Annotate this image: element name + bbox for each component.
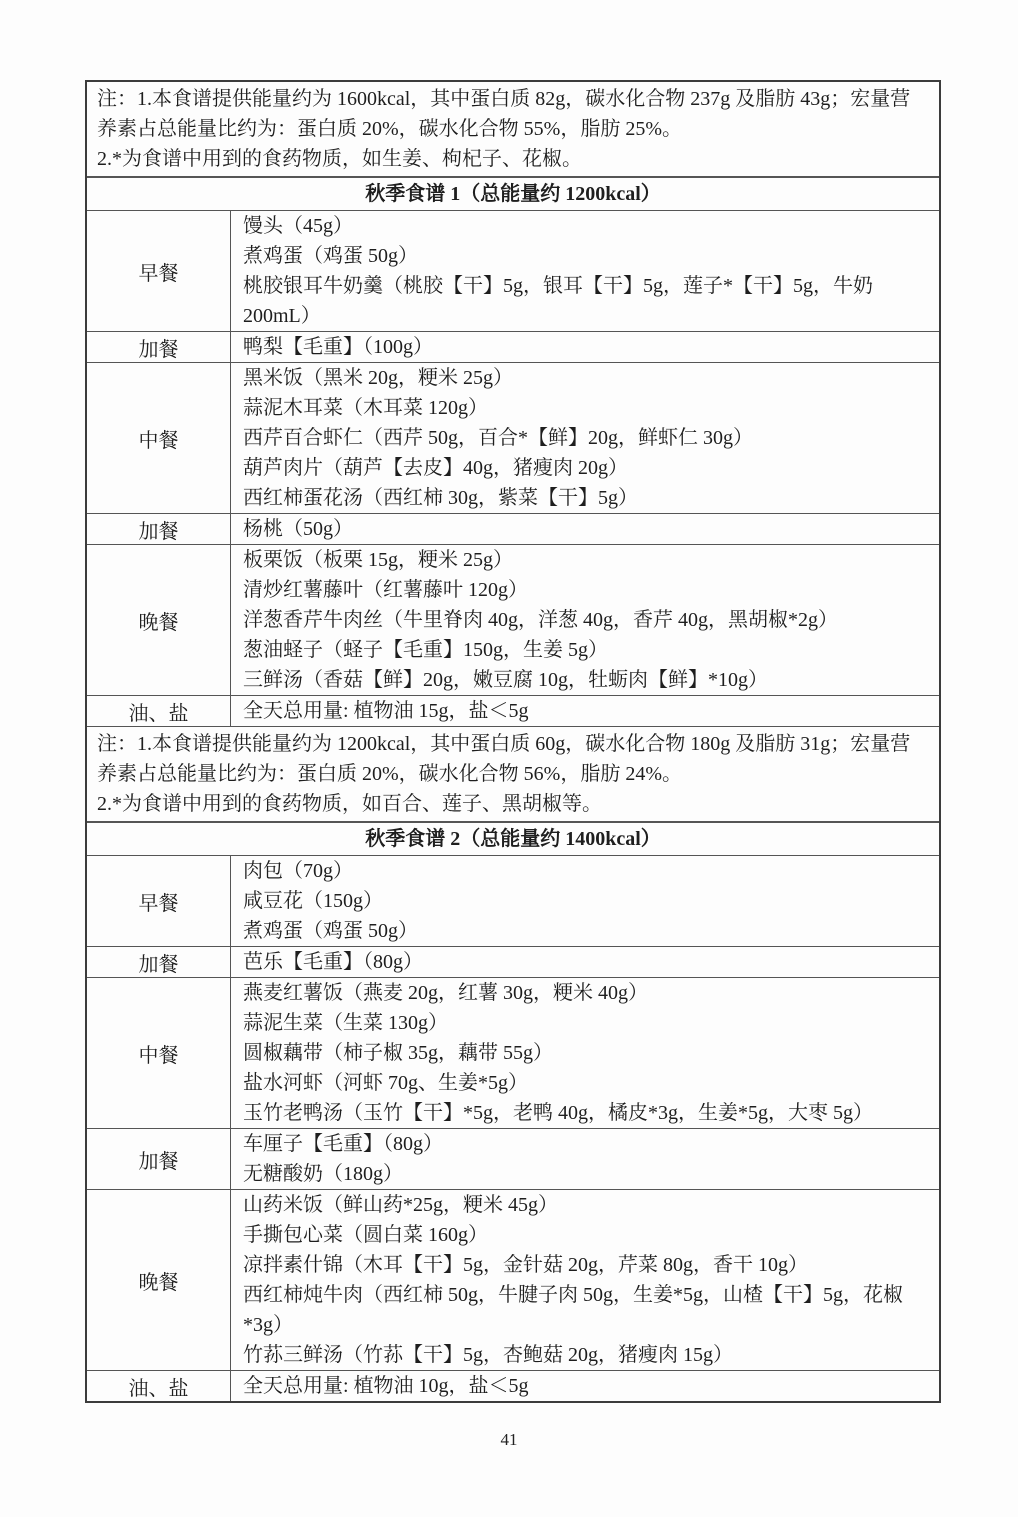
meal-item: 手撕包心菜（圆白菜 160g） bbox=[243, 1220, 927, 1250]
meal-label-dinner: 晚餐 bbox=[87, 545, 231, 695]
meal-label-lunch: 中餐 bbox=[87, 363, 231, 513]
menu2-snack2-row: 加餐 车厘子【毛重】（80g） 无糖酸奶（180g） bbox=[87, 1129, 939, 1190]
menu1-snack2-row: 加餐 杨桃（50g） bbox=[87, 514, 939, 545]
meal-label-snack: 加餐 bbox=[87, 332, 231, 362]
menu1-title: 秋季食谱 1（总能量约 1200kcal） bbox=[365, 183, 661, 205]
meal-item: 玉竹老鸭汤（玉竹【干】*5g，老鸭 40g，橘皮*3g，生姜*5g，大枣 5g） bbox=[243, 1098, 927, 1128]
meal-item: 黑米饭（黑米 20g，粳米 25g） bbox=[243, 363, 927, 393]
meal-item: 三鲜汤（香菇【鲜】20g，嫩豆腐 10g，牡蛎肉【鲜】*10g） bbox=[243, 665, 927, 695]
meal-item: 西芹百合虾仁（西芹 50g，百合*【鲜】20g，鲜虾仁 30g） bbox=[243, 423, 927, 453]
meal-items-dinner: 山药米饭（鲜山药*25g，粳米 45g） 手撕包心菜（圆白菜 160g） 凉拌素… bbox=[231, 1190, 939, 1370]
menu2-breakfast-row: 早餐 肉包（70g） 咸豆花（150g） 煮鸡蛋（鸡蛋 50g） bbox=[87, 856, 939, 947]
meal-item: 洋葱香芹牛肉丝（牛里脊肉 40g，洋葱 40g，香芹 40g，黑胡椒*2g） bbox=[243, 605, 927, 635]
meal-items-dinner: 板栗饭（板栗 15g，粳米 25g） 清炒红薯藤叶（红薯藤叶 120g） 洋葱香… bbox=[231, 545, 939, 695]
meal-item: 肉包（70g） bbox=[243, 856, 927, 886]
meal-label-breakfast: 早餐 bbox=[87, 856, 231, 946]
note-line-2: 2.*为食谱中用到的食药物质，如百合、莲子、黑胡椒等。 bbox=[97, 789, 929, 819]
meal-item: 板栗饭（板栗 15g，粳米 25g） bbox=[243, 545, 927, 575]
meal-items-lunch: 黑米饭（黑米 20g，粳米 25g） 蒜泥木耳菜（木耳菜 120g） 西芹百合虾… bbox=[231, 363, 939, 513]
note-line-1: 注：1.本食谱提供能量约为 1200kcal，其中蛋白质 60g，碳水化合物 1… bbox=[97, 729, 929, 789]
menu1-lunch-row: 中餐 黑米饭（黑米 20g，粳米 25g） 蒜泥木耳菜（木耳菜 120g） 西芹… bbox=[87, 363, 939, 514]
meal-items-snack: 芭乐【毛重】（80g） bbox=[231, 947, 939, 977]
meal-item: 西红柿炖牛肉（西红柿 50g，牛腱子肉 50g，生姜*5g，山楂【干】5g，花椒… bbox=[243, 1280, 927, 1340]
meal-item: 鸭梨【毛重】（100g） bbox=[243, 332, 927, 362]
meal-item: 蒜泥生菜（生菜 130g） bbox=[243, 1008, 927, 1038]
document-page: 注：1.本食谱提供能量约为 1600kcal，其中蛋白质 82g，碳水化合物 2… bbox=[0, 0, 1018, 1517]
meal-label-snack: 加餐 bbox=[87, 947, 231, 977]
note-block-top: 注：1.本食谱提供能量约为 1600kcal，其中蛋白质 82g，碳水化合物 2… bbox=[87, 82, 939, 177]
menu2-title: 秋季食谱 2（总能量约 1400kcal） bbox=[365, 828, 661, 850]
meal-item: 煮鸡蛋（鸡蛋 50g） bbox=[243, 916, 927, 946]
meal-label-oil-salt: 油、盐 bbox=[87, 1371, 231, 1401]
meal-items-breakfast: 馒头（45g） 煮鸡蛋（鸡蛋 50g） 桃胶银耳牛奶羹（桃胶【干】5g，银耳【干… bbox=[231, 211, 939, 331]
meal-item: 圆椒藕带（柿子椒 35g，藕带 55g） bbox=[243, 1038, 927, 1068]
meal-label-breakfast: 早餐 bbox=[87, 211, 231, 331]
meal-label-dinner: 晚餐 bbox=[87, 1190, 231, 1370]
menu1-snack1-row: 加餐 鸭梨【毛重】（100g） bbox=[87, 332, 939, 363]
menu1-dinner-row: 晚餐 板栗饭（板栗 15g，粳米 25g） 清炒红薯藤叶（红薯藤叶 120g） … bbox=[87, 545, 939, 696]
meal-item: 桃胶银耳牛奶羹（桃胶【干】5g，银耳【干】5g，莲子*【干】5g，牛奶 200m… bbox=[243, 271, 927, 331]
meal-item: 车厘子【毛重】（80g） bbox=[243, 1129, 927, 1159]
meal-item: 芭乐【毛重】（80g） bbox=[243, 947, 927, 977]
meal-item: 凉拌素什锦（木耳【干】5g，金针菇 20g，芹菜 80g，香干 10g） bbox=[243, 1250, 927, 1280]
meal-label-lunch: 中餐 bbox=[87, 978, 231, 1128]
meal-plan-table: 注：1.本食谱提供能量约为 1600kcal，其中蛋白质 82g，碳水化合物 2… bbox=[85, 80, 941, 1403]
meal-items-breakfast: 肉包（70g） 咸豆花（150g） 煮鸡蛋（鸡蛋 50g） bbox=[231, 856, 939, 946]
menu2-title-row: 秋季食谱 2（总能量约 1400kcal） bbox=[87, 822, 939, 856]
menu1-breakfast-row: 早餐 馒头（45g） 煮鸡蛋（鸡蛋 50g） 桃胶银耳牛奶羹（桃胶【干】5g，银… bbox=[87, 211, 939, 332]
meal-item: 盐水河虾（河虾 70g、生姜*5g） bbox=[243, 1068, 927, 1098]
meal-items-snack: 杨桃（50g） bbox=[231, 514, 939, 544]
meal-item: 煮鸡蛋（鸡蛋 50g） bbox=[243, 241, 927, 271]
meal-items-oil-salt: 全天总用量: 植物油 10g，盐＜5g bbox=[231, 1371, 939, 1401]
meal-label-snack: 加餐 bbox=[87, 1129, 231, 1189]
meal-item: 竹荪三鲜汤（竹荪【干】5g，杏鲍菇 20g，猪瘦肉 15g） bbox=[243, 1340, 927, 1370]
menu1-oil-salt-row: 油、盐 全天总用量: 植物油 15g，盐＜5g bbox=[87, 696, 939, 727]
meal-items-snack: 鸭梨【毛重】（100g） bbox=[231, 332, 939, 362]
meal-label-oil-salt: 油、盐 bbox=[87, 696, 231, 726]
note-line-2: 2.*为食谱中用到的食药物质，如生姜、枸杞子、花椒。 bbox=[97, 144, 929, 174]
meal-item: 清炒红薯藤叶（红薯藤叶 120g） bbox=[243, 575, 927, 605]
menu2-dinner-row: 晚餐 山药米饭（鲜山药*25g，粳米 45g） 手撕包心菜（圆白菜 160g） … bbox=[87, 1190, 939, 1371]
menu1-note-block: 注：1.本食谱提供能量约为 1200kcal，其中蛋白质 60g，碳水化合物 1… bbox=[87, 727, 939, 822]
meal-item: 燕麦红薯饭（燕麦 20g，红薯 30g，粳米 40g） bbox=[243, 978, 927, 1008]
meal-item: 山药米饭（鲜山药*25g，粳米 45g） bbox=[243, 1190, 927, 1220]
meal-items-lunch: 燕麦红薯饭（燕麦 20g，红薯 30g，粳米 40g） 蒜泥生菜（生菜 130g… bbox=[231, 978, 939, 1128]
meal-item: 咸豆花（150g） bbox=[243, 886, 927, 916]
menu2-snack1-row: 加餐 芭乐【毛重】（80g） bbox=[87, 947, 939, 978]
meal-item: 全天总用量: 植物油 10g，盐＜5g bbox=[243, 1371, 927, 1401]
meal-item: 杨桃（50g） bbox=[243, 514, 927, 544]
note-line-1: 注：1.本食谱提供能量约为 1600kcal，其中蛋白质 82g，碳水化合物 2… bbox=[97, 84, 929, 144]
meal-items-oil-salt: 全天总用量: 植物油 15g，盐＜5g bbox=[231, 696, 939, 726]
page-number: 41 bbox=[0, 1430, 1018, 1450]
meal-item: 蒜泥木耳菜（木耳菜 120g） bbox=[243, 393, 927, 423]
menu2-oil-salt-row: 油、盐 全天总用量: 植物油 10g，盐＜5g bbox=[87, 1371, 939, 1401]
meal-label-snack: 加餐 bbox=[87, 514, 231, 544]
meal-item: 全天总用量: 植物油 15g，盐＜5g bbox=[243, 696, 927, 726]
meal-item: 馒头（45g） bbox=[243, 211, 927, 241]
meal-item: 无糖酸奶（180g） bbox=[243, 1159, 927, 1189]
meal-item: 葫芦肉片（葫芦【去皮】40g，猪瘦肉 20g） bbox=[243, 453, 927, 483]
menu2-lunch-row: 中餐 燕麦红薯饭（燕麦 20g，红薯 30g，粳米 40g） 蒜泥生菜（生菜 1… bbox=[87, 978, 939, 1129]
meal-items-snack: 车厘子【毛重】（80g） 无糖酸奶（180g） bbox=[231, 1129, 939, 1189]
meal-item: 西红柿蛋花汤（西红柿 30g，紫菜【干】5g） bbox=[243, 483, 927, 513]
meal-item: 葱油蛏子（蛏子【毛重】150g，生姜 5g） bbox=[243, 635, 927, 665]
menu1-title-row: 秋季食谱 1（总能量约 1200kcal） bbox=[87, 177, 939, 211]
